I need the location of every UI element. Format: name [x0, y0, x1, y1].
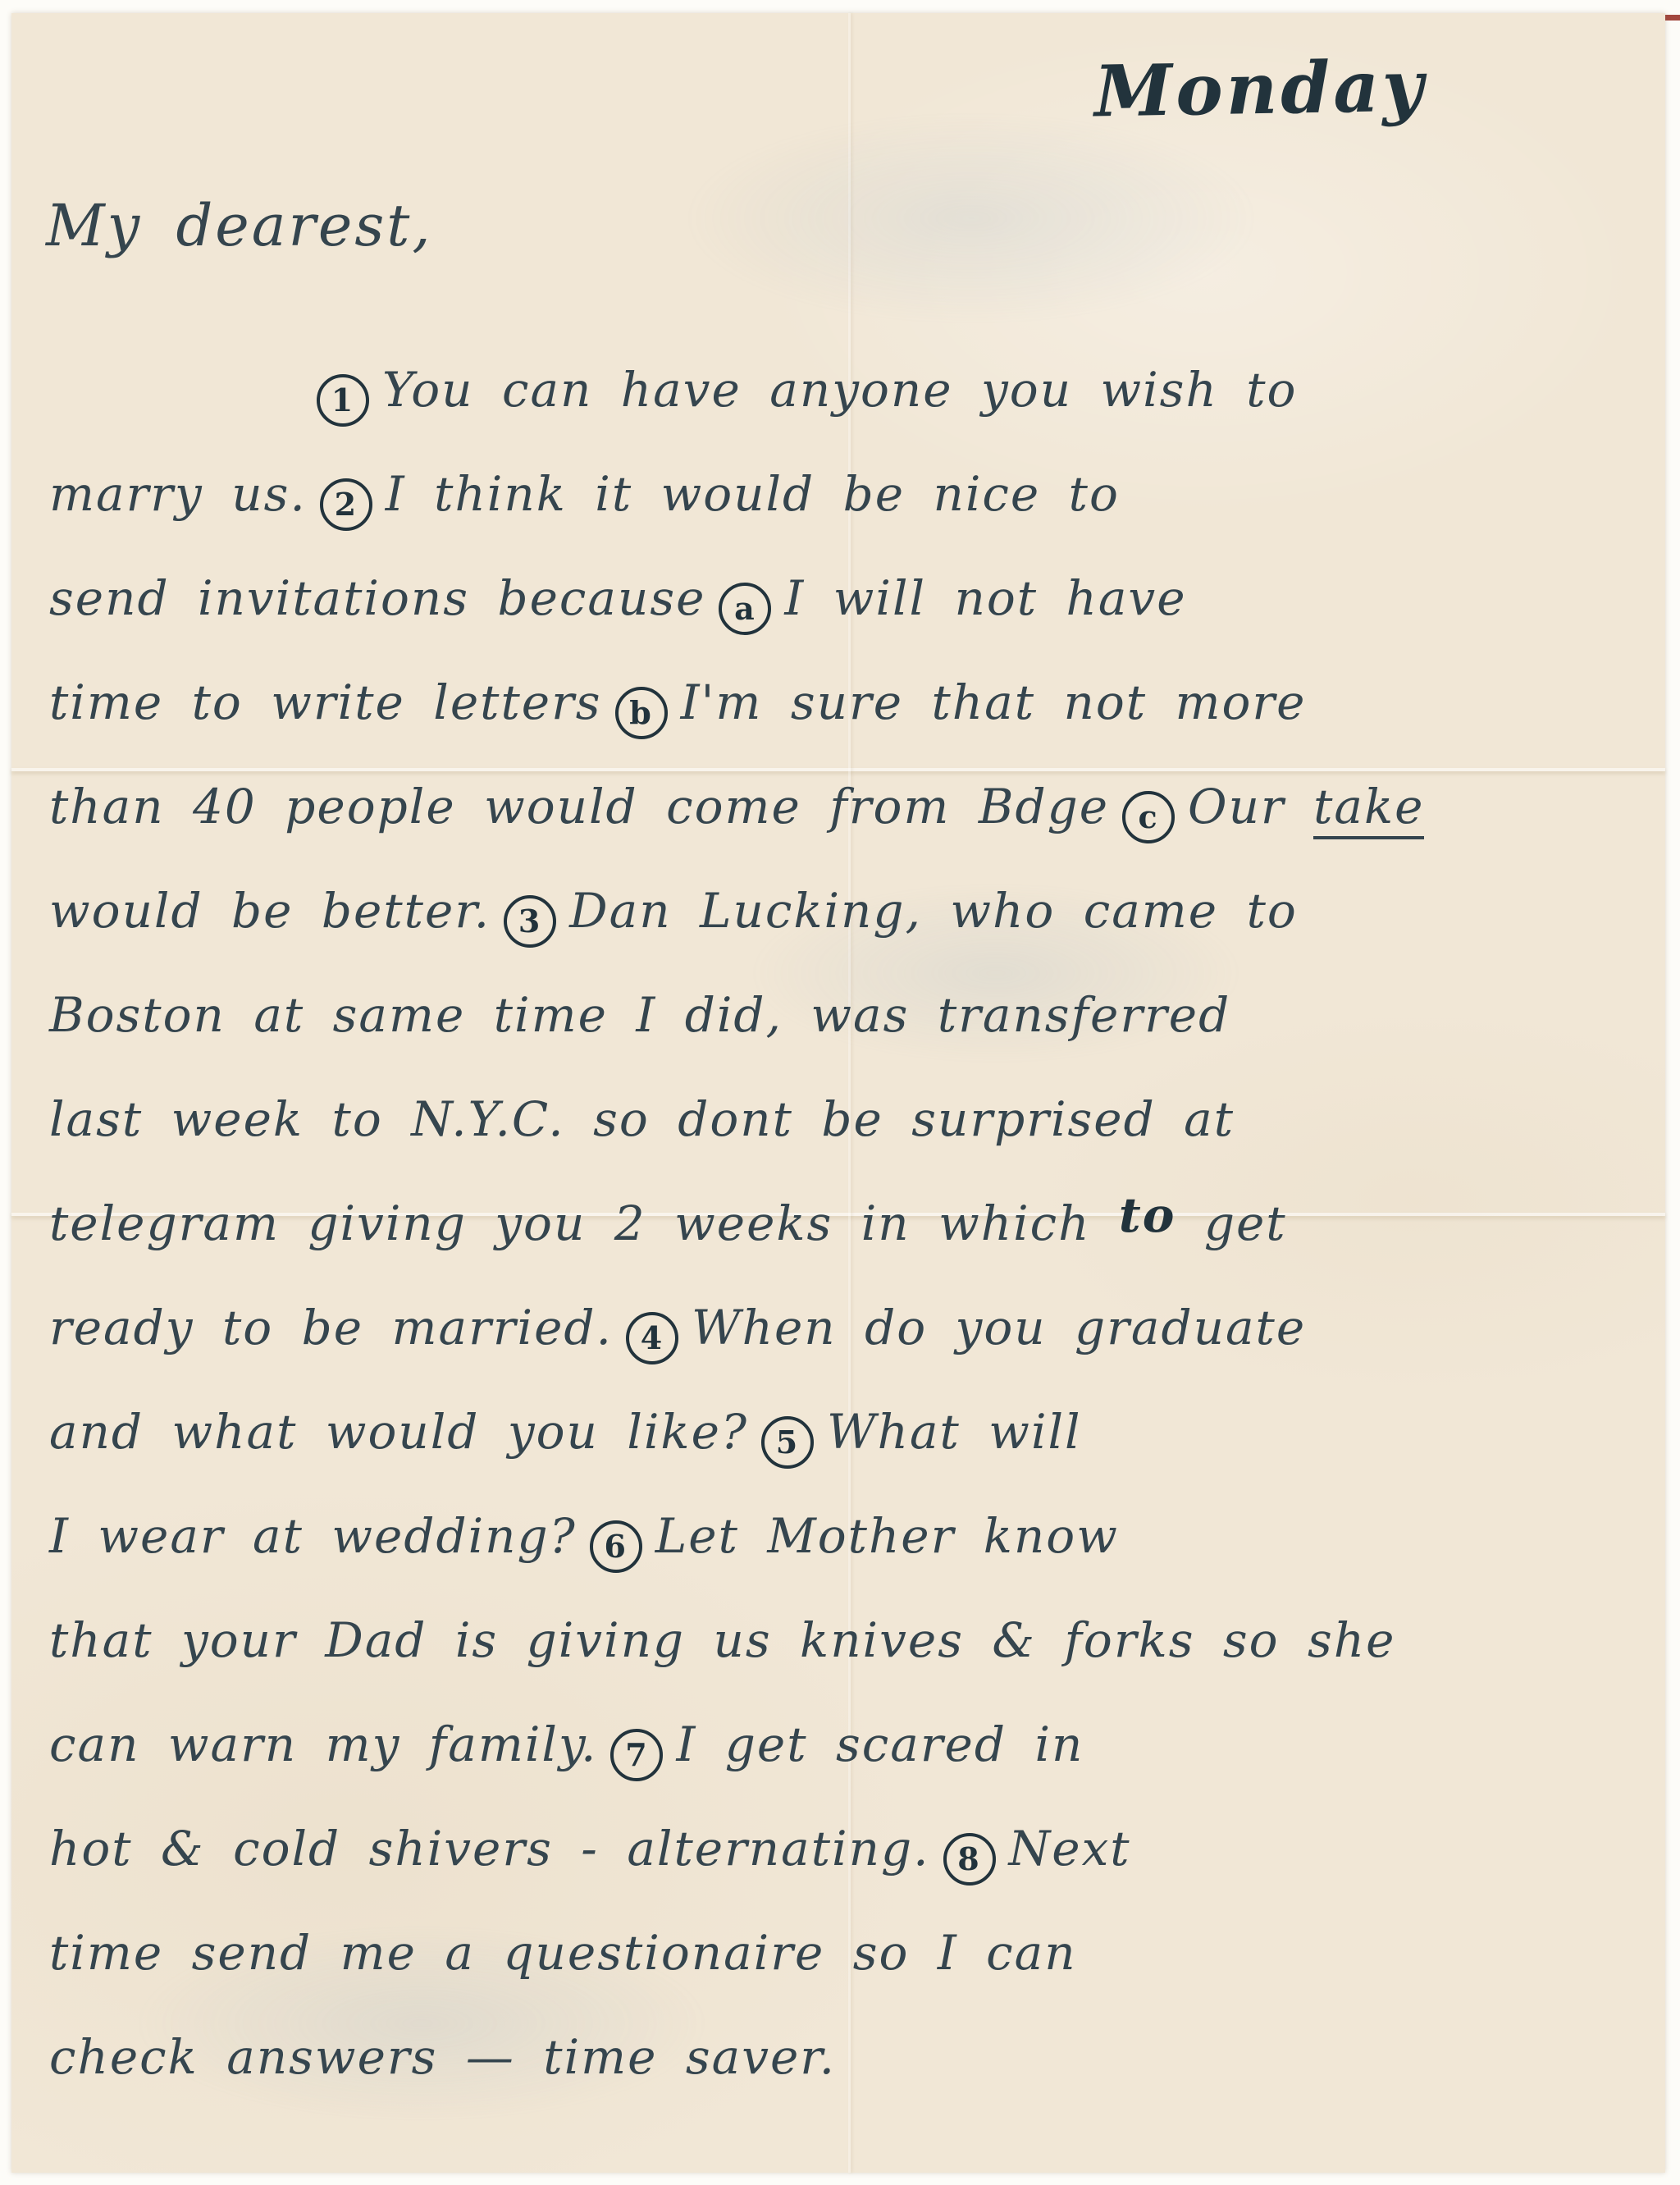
letter-text: send invitations because: [49, 570, 705, 626]
letter-line: would be better.3Dan Lucking, who came t…: [49, 859, 1632, 963]
circled-marker: a: [719, 583, 771, 635]
letter-line: can warn my family.7I get scared in: [49, 1693, 1632, 1797]
letter-text: that your Dad is giving us knives & fork…: [49, 1612, 1395, 1668]
letter-line: hot & cold shivers - alternating.8Next: [49, 1797, 1632, 1901]
letter-line: Boston at same time I did, was transferr…: [49, 963, 1632, 1067]
letter-text: can warn my family.: [49, 1716, 597, 1772]
letter-text: Next: [1009, 1821, 1131, 1876]
ink-bleed-ghost: [684, 112, 1258, 325]
letter-line: telegram giving you 2 weeks in which to …: [49, 1172, 1632, 1276]
letter-line: that your Dad is giving us knives & fork…: [49, 1588, 1632, 1693]
letter-line: marry us.2I think it would be nice to: [49, 442, 1632, 546]
circled-marker: 3: [504, 895, 556, 948]
letter-text: hot & cold shivers - alternating.: [49, 1821, 930, 1876]
circled-marker: 8: [943, 1833, 996, 1886]
inserted-word: to: [1119, 1187, 1176, 1243]
circled-marker: 7: [610, 1729, 663, 1781]
letter-text: marry us.: [49, 466, 307, 522]
letter-text: I will not have: [784, 570, 1186, 626]
letter-line: time to write lettersbI'm sure that not …: [49, 651, 1632, 755]
letter-text: I get scared in: [676, 1716, 1084, 1772]
letter-text: get: [1176, 1195, 1286, 1251]
scanned-letter: Monday My dearest, 1You can have anyone …: [0, 0, 1680, 2185]
circled-marker: b: [615, 687, 668, 739]
letter-text: Let Mother know: [655, 1508, 1119, 1564]
letter-line: 1You can have anyone you wish to: [304, 338, 1632, 442]
letter-text: last week to N.Y.C. so dont be surprised…: [49, 1091, 1235, 1147]
letter-text: Dan Lucking, who came to: [569, 883, 1298, 939]
letter-text: When do you graduate: [692, 1300, 1306, 1355]
circled-marker: 6: [590, 1520, 642, 1573]
letter-line: check answers — time saver.: [49, 2005, 1632, 2110]
letter-salutation: My dearest,: [46, 192, 433, 259]
letter-text: time to write letters: [49, 674, 602, 730]
letter-text: time send me a questionaire so I can: [49, 1925, 1077, 1981]
letter-text: Boston at same time I did, was transferr…: [49, 987, 1230, 1043]
letter-text: and what would you like?: [49, 1404, 748, 1460]
letter-text: Our: [1188, 779, 1313, 834]
letter-line: time send me a questionaire so I can: [49, 1901, 1632, 2005]
circled-marker: 5: [761, 1416, 814, 1469]
letter-dateline: Monday: [1093, 44, 1427, 133]
letter-line: send invitations becauseaI will not have: [49, 546, 1632, 651]
letter-line: ready to be married.4When do you graduat…: [49, 1276, 1632, 1380]
letter-text: I wear at wedding?: [49, 1508, 577, 1564]
circled-marker: 2: [320, 478, 372, 531]
underlined-word: take: [1313, 779, 1424, 839]
letter-paper: Monday My dearest, 1You can have anyone …: [11, 13, 1665, 2173]
circled-marker: 4: [626, 1312, 678, 1364]
circled-marker: c: [1122, 791, 1175, 843]
circled-marker: 1: [317, 374, 369, 427]
letter-text: ready to be married.: [49, 1300, 613, 1355]
letter-text: telegram giving you 2 weeks in which: [49, 1195, 1119, 1251]
letter-text: check answers — time saver.: [49, 2029, 836, 2085]
letter-text: I think it would be nice to: [386, 466, 1120, 522]
letter-text: What will: [827, 1404, 1082, 1460]
letter-line: I wear at wedding?6Let Mother know: [49, 1484, 1632, 1588]
letter-line: and what would you like?5What will: [49, 1380, 1632, 1484]
letter-text: would be better.: [49, 883, 491, 939]
letter-line: last week to N.Y.C. so dont be surprised…: [49, 1067, 1632, 1172]
letter-line: than 40 people would come from BdgecOur …: [49, 755, 1632, 859]
letter-text: I'm sure that not more: [681, 674, 1307, 730]
letter-text: You can have anyone you wish to: [382, 362, 1297, 418]
letter-body: 1You can have anyone you wish tomarry us…: [49, 338, 1632, 2110]
letter-text: than 40 people would come from Bdge: [49, 779, 1109, 834]
